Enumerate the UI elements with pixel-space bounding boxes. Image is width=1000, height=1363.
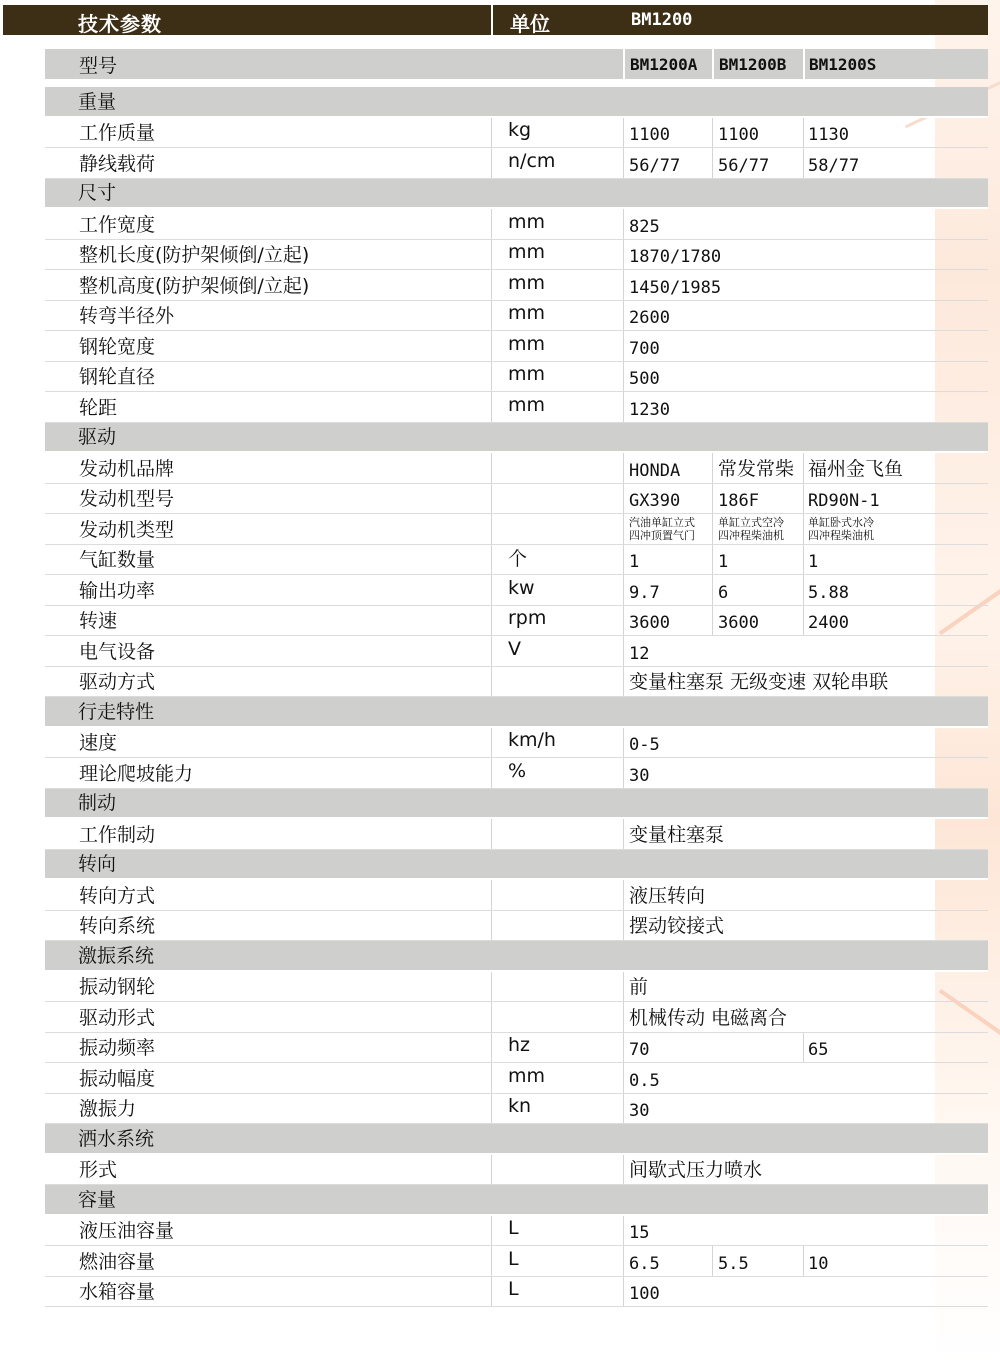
param-value: 0.5	[623, 1063, 988, 1093]
param-unit: kg	[491, 118, 623, 148]
section-header: 尺寸	[45, 179, 988, 210]
table-row: 液压油容量L15	[45, 1216, 988, 1247]
table-row: 输出功率kw9.765.88	[45, 575, 988, 606]
param-unit	[491, 880, 623, 910]
section-title: 重量	[45, 87, 491, 116]
param-value-variant-2: 5.5	[712, 1246, 803, 1276]
table-row: 工作制动变量柱塞泵	[45, 819, 988, 850]
param-value: 1230	[623, 392, 988, 422]
section-title: 制动	[45, 789, 491, 818]
table-row: 转向系统摆动铰接式	[45, 911, 988, 942]
param-value: 变量柱塞泵 无级变速 双轮串联	[623, 667, 988, 697]
param-label: 发动机品牌	[45, 453, 491, 483]
table-row: 工作宽度mm825	[45, 209, 988, 240]
table-row: 电气设备V12	[45, 636, 988, 667]
param-value-variant-3: 10	[803, 1246, 988, 1276]
param-unit: mm	[491, 392, 623, 422]
param-value-variant-3: 福州金飞鱼	[803, 453, 988, 483]
param-unit: L	[491, 1246, 623, 1276]
param-unit: mm	[491, 301, 623, 331]
param-unit: mm	[491, 362, 623, 392]
param-unit: rpm	[491, 606, 623, 636]
model-label: 型号	[45, 49, 491, 79]
param-unit: V	[491, 636, 623, 666]
param-value-variant-1: 1100	[623, 118, 712, 148]
model-variant-b: BM1200B	[712, 49, 803, 79]
param-label: 静线载荷	[45, 148, 491, 178]
param-label: 驱动形式	[45, 1002, 491, 1032]
param-label: 工作质量	[45, 118, 491, 148]
param-value: 825	[623, 209, 988, 239]
param-value: 2600	[623, 301, 988, 331]
param-unit: L	[491, 1216, 623, 1246]
header-unit-label: 单位	[510, 8, 550, 37]
param-label: 振动频率	[45, 1033, 491, 1063]
param-unit	[491, 1002, 623, 1032]
param-value-variant-2: 3600	[712, 606, 803, 636]
param-label: 转弯半径外	[45, 301, 491, 331]
param-unit	[491, 667, 623, 697]
table-row: 发动机类型汽油单缸立式四冲顶置气门单缸立式空冷四冲程柴油机单缸卧式水冷四冲程柴油…	[45, 514, 988, 545]
spec-sections: 重量工作质量kg110011001130静线载荷n/cm56/7756/7758…	[45, 87, 988, 1307]
param-label: 水箱容量	[45, 1277, 491, 1307]
section-title: 尺寸	[45, 179, 491, 208]
param-value-variant-1: 9.7	[623, 575, 712, 605]
param-unit: mm	[491, 270, 623, 300]
param-value: 摆动铰接式	[623, 911, 988, 941]
table-row: 静线载荷n/cm56/7756/7758/77	[45, 148, 988, 179]
param-value-variant-1: HONDA	[623, 453, 712, 483]
param-unit: mm	[491, 240, 623, 270]
param-label: 振动钢轮	[45, 972, 491, 1002]
table-row: 驱动方式变量柱塞泵 无级变速 双轮串联	[45, 667, 988, 698]
param-value: 液压转向	[623, 880, 988, 910]
param-value-variant-1: GX390	[623, 484, 712, 514]
param-value-variant-2: 56/77	[712, 148, 803, 178]
param-value-variant-3: 2400	[803, 606, 988, 636]
header-model: BM1200	[631, 10, 692, 30]
section-header: 驱动	[45, 423, 988, 454]
param-value-variant-1: 6.5	[623, 1246, 712, 1276]
param-label: 输出功率	[45, 575, 491, 605]
param-unit: kn	[491, 1094, 623, 1124]
table-row: 轮距mm1230	[45, 392, 988, 423]
param-label: 发动机型号	[45, 484, 491, 514]
param-value: 15	[623, 1216, 988, 1246]
param-unit	[491, 1155, 623, 1185]
param-value: 1450/1985	[623, 270, 988, 300]
param-label: 电气设备	[45, 636, 491, 666]
param-value: 30	[623, 1094, 988, 1124]
param-label: 转向系统	[45, 911, 491, 941]
table-row: 水箱容量L100	[45, 1277, 988, 1308]
table-row: 工作质量kg110011001130	[45, 118, 988, 149]
param-value-variant-1: 1	[623, 545, 712, 575]
table-row: 发动机型号GX390186FRD90N-1	[45, 484, 988, 515]
param-value-variant-3: 单缸卧式水冷四冲程柴油机	[803, 514, 988, 544]
param-value-variant-2: 186F	[712, 484, 803, 514]
section-title: 行走特性	[45, 697, 491, 726]
param-value: 0-5	[623, 728, 988, 758]
param-label: 振动幅度	[45, 1063, 491, 1093]
param-value-ab: 70	[623, 1033, 803, 1063]
param-unit: mm	[491, 209, 623, 239]
model-variant-s: BM1200S	[803, 49, 988, 79]
param-unit: kw	[491, 575, 623, 605]
table-row: 发动机品牌HONDA常发常柴福州金飞鱼	[45, 453, 988, 484]
param-unit	[491, 972, 623, 1002]
section-header: 转向	[45, 850, 988, 881]
param-label: 工作宽度	[45, 209, 491, 239]
param-value-variant-2: 常发常柴	[712, 453, 803, 483]
param-label: 钢轮直径	[45, 362, 491, 392]
section-header: 制动	[45, 789, 988, 820]
table-row: 钢轮直径mm500	[45, 362, 988, 393]
table-row: 形式间歇式压力喷水	[45, 1155, 988, 1186]
param-unit: mm	[491, 1063, 623, 1093]
param-value-variant-3: 1	[803, 545, 988, 575]
param-unit	[491, 911, 623, 941]
param-value-variant-2: 1100	[712, 118, 803, 148]
param-label: 形式	[45, 1155, 491, 1185]
param-label: 工作制动	[45, 819, 491, 849]
param-value: 12	[623, 636, 988, 666]
param-value: 30	[623, 758, 988, 788]
table-row: 振动频率hz7065	[45, 1033, 988, 1064]
spec-table: 型号 BM1200A BM1200B BM1200S 重量工作质量kg11001…	[45, 49, 988, 1307]
section-header: 容量	[45, 1185, 988, 1216]
section-header: 行走特性	[45, 697, 988, 728]
param-unit: hz	[491, 1033, 623, 1063]
header-title: 技术参数	[78, 8, 162, 37]
param-unit: %	[491, 758, 623, 788]
param-unit: mm	[491, 331, 623, 361]
table-row: 驱动形式机械传动 电磁离合	[45, 1002, 988, 1033]
param-value-variant-1: 3600	[623, 606, 712, 636]
param-label: 燃油容量	[45, 1246, 491, 1276]
param-label: 理论爬坡能力	[45, 758, 491, 788]
param-label: 转向方式	[45, 880, 491, 910]
param-value-variant-3: 1130	[803, 118, 988, 148]
param-value-variant-1: 汽油单缸立式四冲顶置气门	[623, 514, 712, 544]
table-row: 振动幅度mm0.5	[45, 1063, 988, 1094]
param-value-variant-3: 58/77	[803, 148, 988, 178]
param-value-variant-3: RD90N-1	[803, 484, 988, 514]
section-header: 重量	[45, 87, 988, 118]
spec-table-header: 技术参数 单位 BM1200	[3, 5, 988, 35]
engine-type-text: 汽油单缸立式四冲顶置气门	[629, 516, 695, 542]
param-unit: 个	[491, 545, 623, 575]
section-header: 洒水系统	[45, 1124, 988, 1155]
table-row: 理论爬坡能力%30	[45, 758, 988, 789]
param-label: 轮距	[45, 392, 491, 422]
engine-type-text: 单缸卧式水冷四冲程柴油机	[808, 516, 874, 542]
section-title: 洒水系统	[45, 1124, 491, 1153]
param-label: 驱动方式	[45, 667, 491, 697]
param-unit	[491, 514, 623, 544]
section-title: 转向	[45, 850, 491, 879]
param-unit	[491, 453, 623, 483]
param-label: 整机高度(防护架倾倒/立起)	[45, 270, 491, 300]
header-divider	[491, 5, 493, 35]
section-title: 驱动	[45, 423, 491, 452]
param-value: 机械传动 电磁离合	[623, 1002, 988, 1032]
param-value: 100	[623, 1277, 988, 1307]
model-row: 型号 BM1200A BM1200B BM1200S	[45, 49, 988, 79]
table-row: 转速rpm360036002400	[45, 606, 988, 637]
param-value: 间歇式压力喷水	[623, 1155, 988, 1185]
table-row: 钢轮宽度mm700	[45, 331, 988, 362]
param-value: 变量柱塞泵	[623, 819, 988, 849]
param-value: 700	[623, 331, 988, 361]
param-value-variant-2: 单缸立式空冷四冲程柴油机	[712, 514, 803, 544]
param-value-variant-2: 1	[712, 545, 803, 575]
param-label: 转速	[45, 606, 491, 636]
param-unit: L	[491, 1277, 623, 1307]
param-unit	[491, 819, 623, 849]
param-label: 整机长度(防护架倾倒/立起)	[45, 240, 491, 270]
param-unit	[491, 484, 623, 514]
model-variant-a: BM1200A	[623, 49, 712, 79]
param-value: 1870/1780	[623, 240, 988, 270]
param-value-s: 65	[803, 1033, 988, 1063]
table-row: 速度km/h0-5	[45, 728, 988, 759]
param-value-variant-1: 56/77	[623, 148, 712, 178]
param-unit: km/h	[491, 728, 623, 758]
table-row: 振动钢轮前	[45, 972, 988, 1003]
table-row: 气缸数量个111	[45, 545, 988, 576]
param-label: 液压油容量	[45, 1216, 491, 1246]
param-value: 前	[623, 972, 988, 1002]
table-row: 转弯半径外mm2600	[45, 301, 988, 332]
table-row: 整机高度(防护架倾倒/立起)mm1450/1985	[45, 270, 988, 301]
section-title: 激振系统	[45, 941, 491, 970]
param-value-variant-2: 6	[712, 575, 803, 605]
table-row: 整机长度(防护架倾倒/立起)mm1870/1780	[45, 240, 988, 271]
param-label: 气缸数量	[45, 545, 491, 575]
param-label: 钢轮宽度	[45, 331, 491, 361]
section-title: 容量	[45, 1185, 491, 1214]
param-value-variant-3: 5.88	[803, 575, 988, 605]
param-value: 500	[623, 362, 988, 392]
engine-type-text: 单缸立式空冷四冲程柴油机	[718, 516, 784, 542]
section-header: 激振系统	[45, 941, 988, 972]
param-label: 发动机类型	[45, 514, 491, 544]
param-unit: n/cm	[491, 148, 623, 178]
table-row: 激振力kn30	[45, 1094, 988, 1125]
table-row: 转向方式液压转向	[45, 880, 988, 911]
table-row: 燃油容量L6.55.510	[45, 1246, 988, 1277]
param-label: 激振力	[45, 1094, 491, 1124]
param-label: 速度	[45, 728, 491, 758]
